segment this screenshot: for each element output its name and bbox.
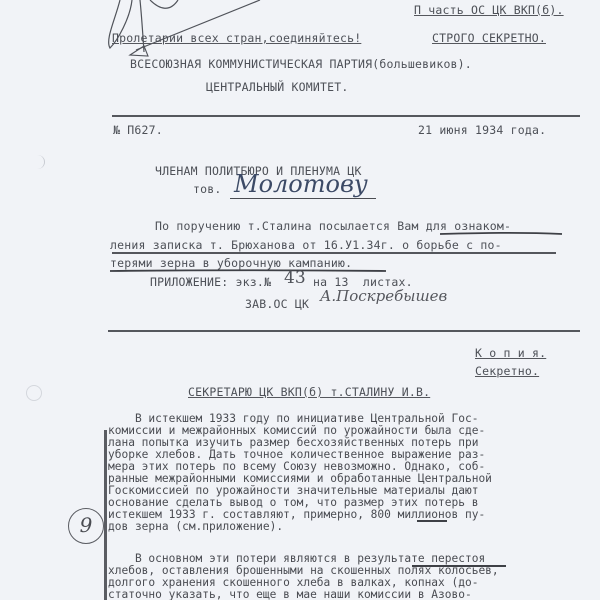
attachment-label: ПРИЛОЖЕНИЕ: экз.№	[150, 275, 271, 289]
handwritten-resolution-mark	[60, 0, 320, 60]
classification-stamp: СТРОГО СЕКРЕТНО.	[432, 31, 546, 45]
memo-addressee: СЕКРЕТАРЮ ЦК ВКП(б) т.СТАЛИНУ И.В.	[188, 385, 430, 399]
punch-hole-mark	[26, 385, 42, 401]
party-name: ВСЕСОЮЗНАЯ КОММУНИСТИЧЕСКАЯ ПАРТИЯ(больш…	[130, 57, 472, 71]
handwritten-addressee-name: Молотову	[230, 170, 376, 199]
department-line: П часть ОС ЦК ВКП(б).	[414, 3, 564, 17]
document-date: 21 июня 1934 года.	[418, 123, 546, 137]
document-page: П часть ОС ЦК ВКП(б). Пролетарии всех ст…	[0, 0, 600, 600]
cover-divider	[108, 330, 580, 332]
secret-label: Секретно.	[475, 364, 539, 378]
copy-label: К о п и я.	[475, 346, 546, 360]
signer-title: ЗАВ.ОС ЦК	[245, 297, 309, 311]
margin-mark-digit: 9	[69, 509, 103, 541]
comrade-prefix: тов.	[193, 182, 222, 196]
punch-hole-mark	[30, 155, 45, 169]
phrase-underline	[412, 565, 506, 567]
document-number: № П627.	[113, 123, 163, 137]
slogan: Пролетарии всех стран,соединяйтесь!	[112, 31, 361, 45]
signer-signature: А.Поскребышев	[320, 287, 447, 305]
margin-sideline	[104, 430, 107, 600]
paragraph1-line: дов зерна (см.приложение).	[108, 520, 283, 533]
handwritten-underlines	[100, 226, 570, 276]
circled-margin-mark: 9	[68, 508, 104, 544]
attachment-copy-number: 43	[284, 268, 306, 288]
header-divider	[112, 115, 580, 117]
paragraph2-line: статочно указать, что еще в мае наши ком…	[108, 588, 472, 600]
committee-name: ЦЕНТРАЛЬНЫЙ КОМИТЕТ.	[206, 80, 348, 94]
figure-underline	[417, 520, 447, 522]
